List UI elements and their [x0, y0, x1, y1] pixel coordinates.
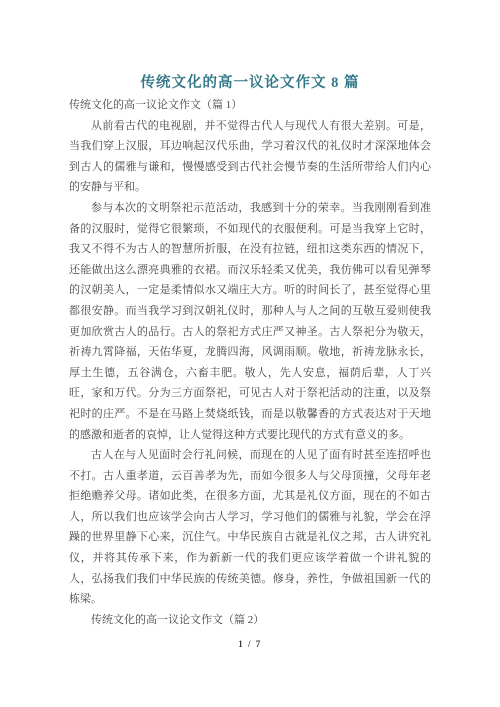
document-body: 传统文化的高一议论文作文（篇 1） 从前看古代的电视剧，并不觉得古代人与现代人有… [69, 95, 431, 630]
page-number-indicator: 1 / 7 [0, 639, 500, 649]
document-title: 传统文化的高一议论文作文 8 篇 [0, 71, 500, 92]
paragraph-1: 从前看古代的电视剧，并不觉得古代人与现代人有很大差别。可是，当我们穿上汉服，耳边… [69, 116, 431, 198]
section-heading-1: 传统文化的高一议论文作文（篇 1） [69, 95, 431, 116]
paragraph-2: 参与本次的文明祭祀示范活动，我感到十分的荣幸。当我刚刚看到准备的汉服时，觉得它很… [69, 198, 431, 445]
section-heading-2: 传统文化的高一议论文作文（篇 2） [69, 610, 431, 631]
paragraph-3: 古人在与人见面时会行礼问候，而现在的人见了面有时甚至连招呼也不打。古人重孝道，云… [69, 445, 431, 610]
document-page: 传统文化的高一议论文作文 8 篇 传统文化的高一议论文作文（篇 1） 从前看古代… [0, 0, 500, 707]
